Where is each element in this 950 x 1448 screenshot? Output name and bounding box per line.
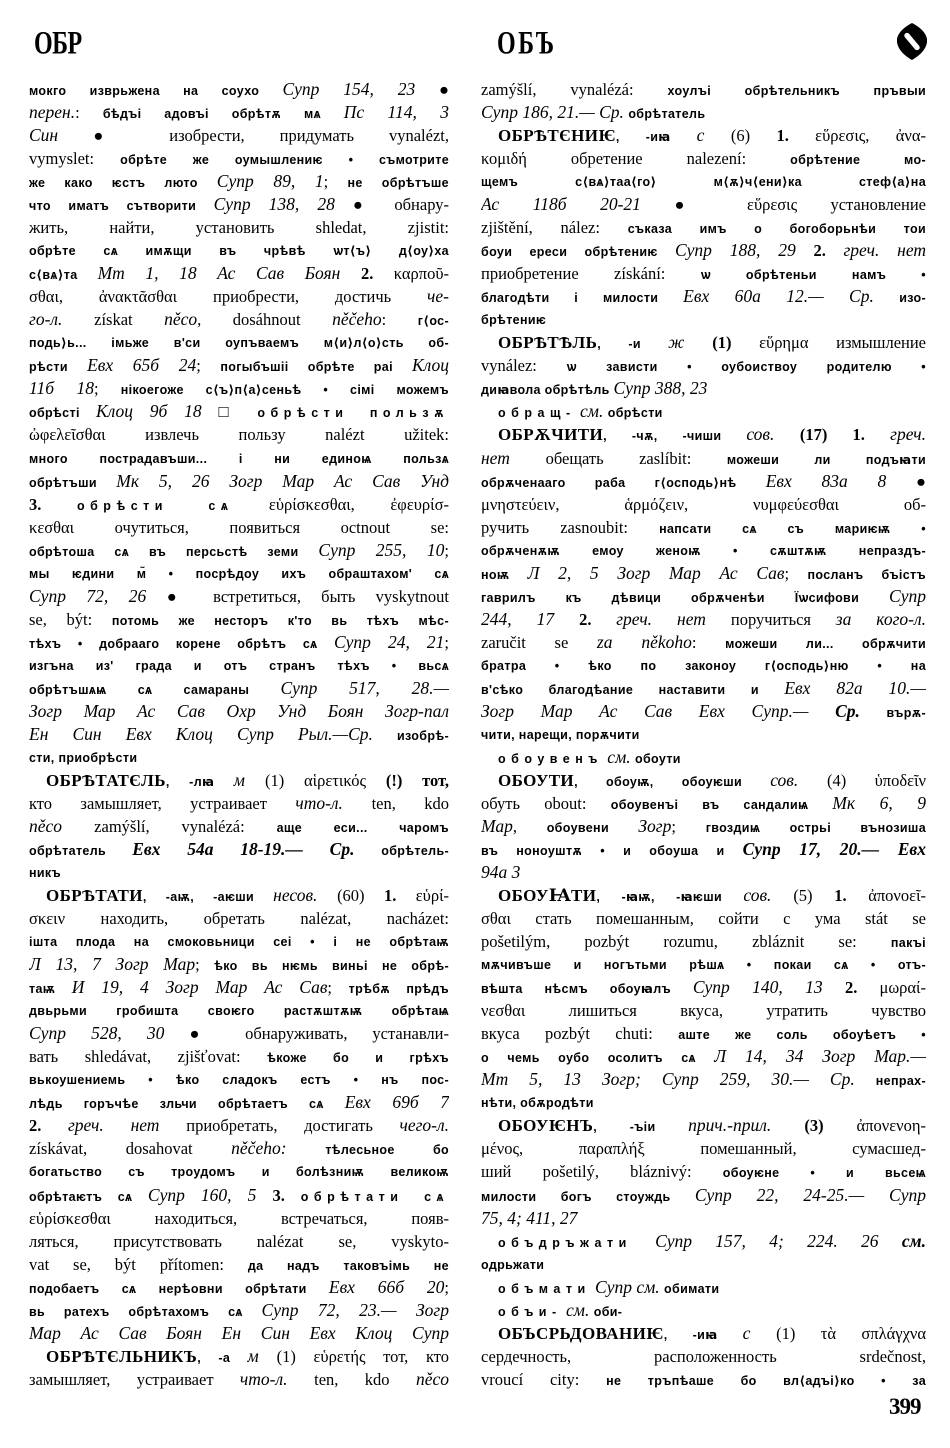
text-line: подь⟩ь... імьже в'си оупъваемъ м⟨и⟩л⟨о⟩с… [29,331,449,354]
text-line: μένος, παραπλήξ помешанный, сумасшед- [481,1137,926,1160]
text-line: 11б 18; нікоегоже с⟨ъ⟩п⟨а⟩сеньѣ • сімі м… [29,377,449,400]
text-line: нет обещать zaslíbit: можеши ли подъꙗти [481,447,926,470]
italic-text: что-л. [295,793,371,813]
text-line: Зогр Мар Ас Сав Евх Супр.— Ср. върѫ- [481,700,926,723]
text-line: Л 13, 7 Зогр Мар; ѣко вь нѥмь виньі не о… [29,953,449,976]
italic-text: Супр 72, 26 [29,586,167,606]
gloss-text: vynález: [481,356,567,375]
gloss-text: ● обнару- [353,195,449,214]
ocs-quotation: боуи ереси обрѣтениѥ [481,245,675,259]
gloss-text: ; [196,356,220,375]
text-line: вькоушениемь • ѣко сладокъ естъ • нъ пос… [29,1068,449,1091]
text-line: никъ [29,861,449,884]
gloss-text: zamýšlí, vynalézá: [481,80,668,99]
gloss-text: ; [444,541,449,560]
gloss-text: εὑρίσκεσθαι находиться, встречаться, поя… [29,1209,449,1228]
italic-text: Евх 65б 24 [87,355,196,375]
italic-text: го-л. [29,309,94,329]
headword: ОБРѢТЄЛЬНИКЪ [46,1347,197,1366]
text-line: Супр 528, 30 ● обнаруживать, устанавли- [29,1022,449,1045]
italic-text: Л 13, 7 Зогр Мар [29,954,195,974]
ocs-quotation: обрѣсті [29,406,96,420]
gloss-text: ● [916,472,926,491]
gloss-text: καρποῦ- [394,264,449,283]
text-line: боуи ереси обрѣтениѥ Супр 188, 29 2. гре… [481,239,926,262]
ocs-quotation: в'сѣко благодѣание наставити и [481,683,784,697]
italic-text: м [234,770,265,790]
headword: ОБРѪЧИТИ [498,425,603,444]
text-line: обрѣтатель Евх 54а 18-19.— Ср. обрѣтель- [29,838,449,861]
entry-start-line: ОБРѢТАТЄЛЬ, -лꙗ м (1) αἱρετικός (!) тот, [29,769,449,792]
ocs-quotation: ѣко вь нѥмь виньі не обрѣ- [214,959,449,973]
ocs-quotation: г⟨ос- [418,314,449,328]
italic-text: Клоц [412,355,449,375]
gloss-text: (5) [793,886,834,905]
bold-italic-text: Супр 17, 20.— Евх [743,839,926,859]
ocs-quotation: обрѫченааго раба г⟨осподь⟩нѣ [481,476,766,490]
italic-text: Ас 118б 20-21 [481,194,675,214]
gloss-text: μωραί- [879,978,926,997]
ocs-quotation: рѣсти [29,360,87,374]
italic-text: 11б 18 [29,378,94,398]
text-line: богатьство съ троудомъ и болѣзниѭ велико… [29,1160,449,1183]
text-line: же како ѥстъ люто Супр 89, 1; не обрѣтъш… [29,170,449,193]
text-line: тѣхъ • добрааго корене обрѣтъ сѧ Супр 24… [29,631,449,654]
text-line: μνηστεύειν, ἁρμόζειν, νυμφεύεσθαι об- [481,493,926,516]
ocs-quotation: изо- [899,291,926,305]
ocs-quotation: обрѣтатель [29,844,132,858]
ocs-quotation: щемъ с⟨вѧ⟩таа⟨го⟩ м⟨ѫ⟩ч⟨ени⟩ка стеф⟨а⟩на [481,175,926,189]
text-line: о чемь оубо осолитъ сѧ Л 14, 34 Зогр Мар… [481,1045,926,1068]
text-line: го-л. získat něco, dosáhnout něčeho: г⟨о… [29,308,449,331]
gloss-text: ; [324,172,348,191]
ocs-quotation: , -и [597,337,668,351]
text-line: обуть obout: обоувенъі въ сандалиѩ Мк 6,… [481,792,926,815]
ocs-quotation: обимати [664,1282,719,1296]
running-head-right: ОБЪ [497,28,556,60]
ocs-quotation: обрѣте сѧ имѫщи въ чрѣвѣ ѡт⟨ъ⟩ д⟨оу⟩ха [29,244,449,258]
text-line: vroucí city: не тръпѣаше бо вл⟨адъі⟩ко •… [481,1368,926,1391]
italic-text: Супр см. [591,1277,664,1297]
ocs-quotation: милости богъ стоуждь [481,1190,695,1204]
text-line: κομιδή обретение nalezení: обрѣтение мо- [481,147,926,170]
italic-text: Супр 528, 30 [29,1023,189,1043]
ocs-quotation: съказа имъ о богоборьнѣи тои [628,222,926,236]
entry-start-line: ОБРѢТѢЛЬ, -и ж (1) εὕρημα измышление [481,331,926,354]
gloss-text: εὑρί- [416,886,449,905]
gloss-text: σθαι стать помешанным, сойти с ума stát … [481,909,926,928]
gloss-text: ляться, присутствовать nalézat se, vysky… [29,1232,449,1251]
text-line: ший pošetilý, bláznivý: обоуѥне • и вьсе… [481,1160,926,1183]
text-line: что иматъ сътворити Супр 138, 28 ● обнар… [29,193,449,216]
italic-text: Мт 1, 18 Ас Сав Боян [98,263,361,283]
ocs-quotation: , -ъіи [593,1120,688,1134]
italic-text: с [697,125,731,145]
text-line: обрѣтъши Мк 5, 26 Зогр Мар Ас Сав Унд [29,470,449,493]
text-line: нѣти, обѫродѣти [481,1091,926,1114]
entry-start-line: ОБОУꙖТИ, -ꙗѭ, -ꙗѥши сов. (5) 1. ἀπονοεῖ- [481,884,926,907]
italic-text: Л 14, 34 Зогр Мар.— [714,1046,926,1066]
headword: ОБОУТИ [498,771,574,790]
text-line: вь ратехъ обрѣтахомъ сѧ Супр 72, 23.— Зо… [29,1299,449,1322]
ocs-quotation: не тръпѣаше бо вл⟨адъі⟩ко • за [606,1374,926,1388]
ocs-quotation: тѣхъ • добрааго корене обрѣтъ сѧ [29,637,334,651]
text-line: 244, 17 2. греч. нет поручиться за кого-… [481,608,926,631]
text-line: εὑρίσκεσθαι находиться, встречаться, поя… [29,1207,449,1230]
ocs-quotation: лѣдь горъчѣе зльчи обрѣтаетъ сѧ [29,1097,345,1111]
gloss-text: , [513,817,547,836]
entry-start-line: объи- см. оби- [481,1299,926,1322]
ocs-quotation: хоулъі обрѣтельникъ пръвыи [668,84,926,98]
ocs-quotation: мѫчивъше и ногътьми рѣшѧ • покаи сѧ • от… [481,958,926,972]
italic-text: Пс 114, 3 [344,102,449,122]
italic-text: něčeho [332,309,382,329]
text-line: zjištění, nález: съказа имъ о богоборьнѣ… [481,216,926,239]
text-line: Мар Ас Сав Боян Ен Син Евх Клоц Супр [29,1322,449,1345]
text-line: κεσθαι очутиться, появиться octnout se: [29,516,449,539]
gloss-text: (6) [731,126,777,145]
bold-text: (17) 1. [800,425,890,444]
bold-text: (1) [712,333,759,352]
gloss-text: získávat, dosahovat [29,1139,231,1158]
italic-text: Супр 388, 23 [614,378,708,398]
italic-text: Евх 69б 7 [345,1092,449,1112]
running-head-left: ОБР [34,28,82,60]
spaced-lemma: объмати [498,1282,591,1296]
bold-text: 2. [361,264,394,283]
italic-text: 244, 17 [481,609,579,629]
italic-text: греч. нет [68,1115,186,1135]
ocs-quotation: посланъ бъістъ [807,568,926,582]
entry-start-line: ОБОУѤНЪ, -ъіи прич.-прил. (3) ἀπονενοη- [481,1114,926,1137]
italic-text: něco [416,1369,449,1389]
gloss-text: ten, kdo [314,1370,416,1389]
italic-text: И 19, 4 Зогр Мар Ас Сав [72,977,328,997]
text-line: se, být: потомь же несторъ к'то вь тѣхъ … [29,608,449,631]
headword: ОБОУѤНЪ [498,1116,593,1135]
ocs-quotation: обоувени [547,821,639,835]
gloss-text: μένος, παραπλήξ помешанный, сумасшед- [481,1139,926,1158]
ocs-quotation: ішта плода на смоковьници сеі • і не обр… [29,935,449,949]
headword: ОБРѢТАТИ [46,886,143,905]
gloss-text: μνηστεύειν, ἁρμόζειν, νυμφεύεσθαι об- [481,495,926,514]
text-line: с⟨вѧ⟩та Мт 1, 18 Ас Сав Боян 2. καρποῦ- [29,262,449,285]
text-line: Супр 186, 21.— Ср. обрѣтатель [481,101,926,124]
text-line: щемъ с⟨вѧ⟩таа⟨го⟩ м⟨ѫ⟩ч⟨ени⟩ка стеф⟨а⟩на [481,170,926,193]
text-line: приобретение získání: ѡ обрѣтеньи намъ • [481,262,926,285]
gloss-text: приобретать, достигать [186,1116,399,1135]
italic-text: Супр 186, 21.— Ср. [481,102,628,122]
gloss-text: ; [195,955,214,974]
ocs-quotation: да надъ таковъімь не [248,1259,449,1273]
gloss-text: ἀπονοεῖ- [868,886,926,905]
ocs-quotation: бѣдъі адовъі обрѣтѫ мѧ [103,107,344,121]
gloss-text: : [382,310,418,329]
gloss-text: ὠφελεῖσθαι извлечь пользу nalézt užitek: [29,425,449,444]
italic-text: сов. [770,770,827,790]
text-line: обрѫченѫѭ емоу женоѭ • сѫштѫѭ непраздъ- [481,539,926,562]
ocs-quotation: одрьжати [481,1258,544,1272]
text-line: обрѣтаѥтъ сѧ Супр 160, 5 3. обрѣтати сѧ [29,1184,449,1207]
gloss-text: вкуса pozbýt chuti: [481,1024,678,1043]
ocs-quotation: , -иꙗ [616,130,697,144]
gloss-text: замышляет, устраивает [29,1370,240,1389]
ocs-quotation: можеши ли... обрѫчити [725,637,926,651]
italic-text: Супр 160, 5 [148,1185,273,1205]
text-line: Ас 118б 20-21 ● εὕρεσις установление [481,193,926,216]
text-line: обрѣсті Клоц 9б 18 □ обрѣсти пользѫ [29,400,449,423]
ocs-quotation: , -чѫ, -чиши [603,429,746,443]
text-line: лѣдь горъчѣе зльчи обрѣтаетъ сѧ Евх 69б … [29,1091,449,1114]
italic-text: Мар Ас Сав Боян Ен Син Евх Клоц Супр [29,1323,449,1343]
ocs-quotation: аште же соль обоуѣетъ • [678,1028,926,1042]
ocs-quotation: гвоздиѩ острьі вънозиша [706,821,926,835]
text-line: ноѭ Л 2, 5 Зогр Мар Ас Сав; посланъ бъіс… [481,562,926,585]
ocs-quotation: трѣбѫ прѣдъ [349,982,449,996]
text-line: мѫчивъше и ногътьми рѣшѧ • покаи сѧ • от… [481,953,926,976]
gloss-text: ; [444,1278,449,1297]
gloss-text: ten, kdo [372,794,449,813]
gloss-text: zjištění, nález: [481,218,628,237]
text-line: обрѣтоша сѧ въ персьстѣ земи Супр 255, 1… [29,539,449,562]
gloss-text: ● εὕρεσις установление [675,195,926,214]
italic-text: чего-л. [399,1115,449,1135]
gloss-text: εὕρεσις, ἀνα- [815,126,926,145]
ocs-quotation: непрах- [876,1074,926,1088]
text-line: zamýšlí, vynalézá: хоулъі обрѣтельникъ п… [481,78,926,101]
text-line: vynález: ѡ зависти • оубоиствоу родителю… [481,354,926,377]
gloss-text: κεσθαι очутиться, появиться octnout se: [29,518,449,537]
ocs-quotation: о чемь оубо осолитъ сѧ [481,1051,714,1065]
gloss-text: □ [218,402,257,421]
bold-text: (!) тот, [386,771,449,790]
ocs-quotation: обрѣте же оумышлениѥ • съмотрите [120,153,449,167]
entry-start-line: объмати Супр см. обимати [481,1276,926,1299]
text-line: обрѫченааго раба г⟨осподь⟩нѣ Евх 83а 8 ● [481,470,926,493]
text-line: гаврилъ къ дѣвици обрѫченѣи Їѡсифови Суп… [481,585,926,608]
italic-text: Мт 5, 13 Зогр; Супр 259, 30.— Ср. [481,1069,876,1089]
text-line: двьрьми гробишта своѥго растѫштѫѭ обрѣта… [29,999,449,1022]
gloss-text: ; [444,633,449,652]
gloss-text: (1) τὰ σπλάγχνα [776,1324,926,1343]
ocs-quotation: вькоушениемь • ѣко сладокъ естъ • нъ пос… [29,1073,449,1087]
text-line: таѭ И 19, 4 Зогр Мар Ас Сав; трѣбѫ прѣдъ [29,976,449,999]
ocs-quotation: обоуѥне • и вьсеѩ [723,1166,926,1180]
ocs-quotation: двьрьми гробишта своѥго растѫштѫѭ обрѣта… [29,1004,449,1018]
text-line: диꙗвола обрѣтѣль Супр 388, 23 [481,377,926,400]
entry-start-line: обоувенъ см. обоути [481,746,926,769]
italic-text: Евх 66б 20 [329,1277,445,1297]
gloss-text: ; [327,978,348,997]
ocs-quotation: обрѣтение мо- [790,153,926,167]
gloss-text: κομιδή обретение nalezení: [481,149,790,168]
text-line: 3. обрѣсти сѧ εὑρίσκεσθαι, ἐφευρίσ- [29,493,449,516]
text-line: подобаетъ сѧ нерѣовни обрѣтати Евх 66б 2… [29,1276,449,1299]
ocs-quotation: , -ꙗѭ, -ꙗѥши [596,890,743,904]
italic-text: Супр 138, 28 [214,194,353,214]
italic-text: м [248,1346,277,1366]
ocs-quotation: мокго изврьжена на соухо [29,84,282,98]
italic-text: Супр 188, 29 [675,240,814,260]
text-line: кто замышляет, устраивает что-л. ten, kd… [29,792,449,815]
italic-text: сов. [746,424,800,444]
spaced-lemma: обрѣсти пользѫ [257,406,449,420]
ocs-quotation: подобаетъ сѧ нерѣовни обрѣтати [29,1282,329,1296]
text-line: zaručit se za někoho: можеши ли... обрѫч… [481,631,926,654]
italic-text: 94а 3 [481,862,520,882]
gloss-text: ручить zasnoubit: [481,518,659,537]
text-line: замышляет, устраивает что-л. ten, kdo ně… [29,1368,449,1391]
ocs-quotation: же како ѥстъ люто [29,176,217,190]
gloss-text: обещать zaslíbit: [546,449,727,468]
headword: ОБОУꙖТИ [498,886,596,905]
ocs-quotation: обоути [635,752,681,766]
italic-text: сов. [743,885,793,905]
text-line: 2. греч. нет приобретать, достигать чего… [29,1114,449,1137]
text-line: vat se, být přítomen: да надъ таковъімь … [29,1253,449,1276]
bold-text: 2. [845,978,880,997]
gloss-text: ● обнаруживать, устанавли- [189,1024,449,1043]
text-line: Супр 72, 26 ● встретиться, быть vyskytno… [29,585,449,608]
ocs-quotation: , обоуѭ, обоуѥши [574,775,770,789]
gloss-text: ; [671,817,705,836]
text-line: мы ѥдини м̃ • посрѣдоу ихъ обраштахом' с… [29,562,449,585]
ocs-quotation: върѫ- [887,706,926,720]
gloss-text: ; [784,564,807,583]
italic-text: Супр 255, 10 [318,540,444,560]
italic-text: с [743,1323,776,1343]
ocs-quotation: , -лꙗ [166,775,234,789]
italic-text: Супр 22, 24-25.— Супр [695,1185,926,1205]
italic-text: Супр 72, 23.— Зогр [262,1300,449,1320]
text-line: в'сѣко благодѣание наставити и Евх 82а 1… [481,677,926,700]
italic-text: Супр 154, 23 [282,79,439,99]
text-line: σθαι стать помешанным, сойти с ума stát … [481,907,926,930]
bold-text: 3. [29,495,77,514]
italic-text: см. [576,401,608,421]
gloss-text: ● изобрести, придумать vynalézt, [93,126,449,145]
italic-text: Супр 140, 13 [693,977,845,997]
gloss-text: vroucí city: [481,1370,606,1389]
italic-text: 75, 4; 411, 27 [481,1208,577,1228]
ocs-quotation: нѣти, обѫродѣти [481,1096,594,1110]
ocs-quotation: не обрѣтъше [348,176,449,190]
headword: ОБРѢТЄНИѤ [498,126,616,145]
ocs-quotation: ѡ зависти • оубоиствоу родителю • [567,360,926,374]
text-line: Ен Син Евх Клоц Супр Рыл.—Ср. изобрѣ- [29,723,449,746]
italic-text: греч. [890,424,926,444]
italic-text: Мар [481,816,513,836]
bold-text: 2. [579,610,616,629]
gloss-text: vymyslet: [29,149,120,168]
gloss-text: ● [439,80,449,99]
italic-text: Л 2, 5 Зогр Мар Ас Сав [528,563,785,583]
ocs-quotation: , -аѭ, -аѥши [143,890,273,904]
italic-text: Зогр Мар Ас Сав Евх Супр.— [481,701,835,721]
italic-text: Супр 157, 4; 224. 26 [632,1231,902,1251]
entry-start-line: ОБРѢТАТИ, -аѭ, -аѥши несов. (60) 1. εὑρί… [29,884,449,907]
text-line: рѣсти Евх 65б 24; погыбъшіі обрѣте раі К… [29,354,449,377]
ocs-quotation: обрѣтъшѧѩ сѧ самараны [29,683,280,697]
ocs-quotation: , -иꙗ [664,1328,743,1342]
entry-start-line: ОБРѢТЄЛЬНИКЪ, -а м (1) εὑρετής тот, кто [29,1345,449,1368]
italic-text: něco [164,309,197,329]
bold-text: 1. [776,126,815,145]
text-line: чити, нарещи, порѫчити [481,723,926,746]
italic-text: Евх 83а 8 [766,471,916,491]
entry-start-line: объдръжати Супр 157, 4; 224. 26 см. [481,1230,926,1253]
ocs-quotation: сти, приобрѣсти [29,751,137,765]
text-line: ручить zasnoubit: напсати сѧ съ мариѥѭ • [481,516,926,539]
bold-text: (3) [804,1116,856,1135]
gloss-text: ший pošetilý, bláznivý: [481,1162,723,1181]
text-line: обрѣтъшѧѩ сѧ самараны Супр 517, 28.— [29,677,449,700]
ocs-quotation: погыбъшіі обрѣте раі [220,360,412,374]
ocs-quotation: напсати сѧ съ мариѥѭ • [659,522,926,536]
gloss-text: жить, найти, установить shledat, zjistit… [29,218,449,237]
italic-text: см. [603,747,635,767]
ocs-quotation: никъ [29,866,61,880]
italic-text: Супр [889,586,926,606]
gloss-text: zaručit se [481,633,597,652]
text-line: жить, найти, установить shledat, zjistit… [29,216,449,239]
text-line: изгъна из' града и отъ странъ тѣхъ • вьс… [29,654,449,677]
gloss-text: : [75,103,103,122]
text-line: обрѣте сѧ имѫщи въ чрѣвѣ ѡт⟨ъ⟩ д⟨оу⟩ха [29,239,449,262]
gloss-text: (60) [337,886,384,905]
italic-text: что-л. [240,1369,314,1389]
text-line: сти, приобрѣсти [29,746,449,769]
gloss-text: ; [94,379,121,398]
spaced-lemma: обрѣсти сѧ [77,499,233,513]
text-line: Мт 5, 13 Зогр; Супр 259, 30.— Ср. непрах… [481,1068,926,1091]
text-line: вѣшта нѣсмъ обоуꙗлъ Супр 140, 13 2. μωρα… [481,976,926,999]
ocs-quotation: обрѫченѫѭ емоу женоѭ • сѫштѫѭ непраздъ- [481,544,926,558]
page-number: 399 [889,1395,921,1419]
italic-text: ж [668,332,712,352]
headword: ОБРѢТѢЛЬ [498,333,597,352]
text-line: získávat, dosahovat něčeho: тѣлесьное бо [29,1137,449,1160]
bold-text: 1. [834,886,868,905]
text-line: ішта плода на смоковьници сеі • і не обр… [29,930,449,953]
italic-text: Мк 5, 26 Зогр Мар Ас Сав Унд [116,471,449,491]
text-line: милости богъ стоуждь Супр 22, 24-25.— Су… [481,1184,926,1207]
italic-text: Зогр [638,816,671,836]
ocs-quotation: обоувенъі въ сандалиѩ [611,798,833,812]
gloss-text: сердечность, расположенность srdečnost, [481,1347,926,1366]
gloss-text: σκειν находить, обретать nalézat, nacház… [29,909,449,928]
ocs-quotation: обрѣтъши [29,476,116,490]
entry-start-line: ОБРѢТЄНИѤ, -иꙗ с (6) 1. εὕρεσις, ἀνα- [481,124,926,147]
ocs-quotation: обрѣтель- [381,844,449,858]
text-line: něco zamýšlí, vynalézá: аще еси... чаром… [29,815,449,838]
text-line: vymyslet: обрѣте же оумышлениѥ • съмотри… [29,147,449,170]
spaced-lemma: объдръжати [498,1236,632,1250]
gloss-text: pošetilým, pozbýt rozumu, zbláznit se: [481,932,891,951]
headword: ОБРѢТАТЄЛЬ [46,771,166,790]
ocs-quotation: въ ноноуштѫ • и обоуша и [481,844,743,858]
ocs-quotation: брѣтениѥ [481,313,546,327]
italic-text: Мк 6, 9 [832,793,926,813]
gloss-text: приобретение získání: [481,264,701,283]
text-line: ὠφελεῖσθαι извлечь пользу nalézt užitek: [29,423,449,446]
gloss-text: обуть obout: [481,794,611,813]
text-line: благодѣти і милости Евх 60а 12.— Ср. изо… [481,285,926,308]
italic-text: прич.-прил. [688,1115,804,1135]
gloss-text: поручиться [731,610,836,629]
spaced-lemma: обоувенъ [498,752,603,766]
text-line: перен.: бѣдъі адовъі обрѣтѫ мѧ Пс 114, 3 [29,101,449,124]
